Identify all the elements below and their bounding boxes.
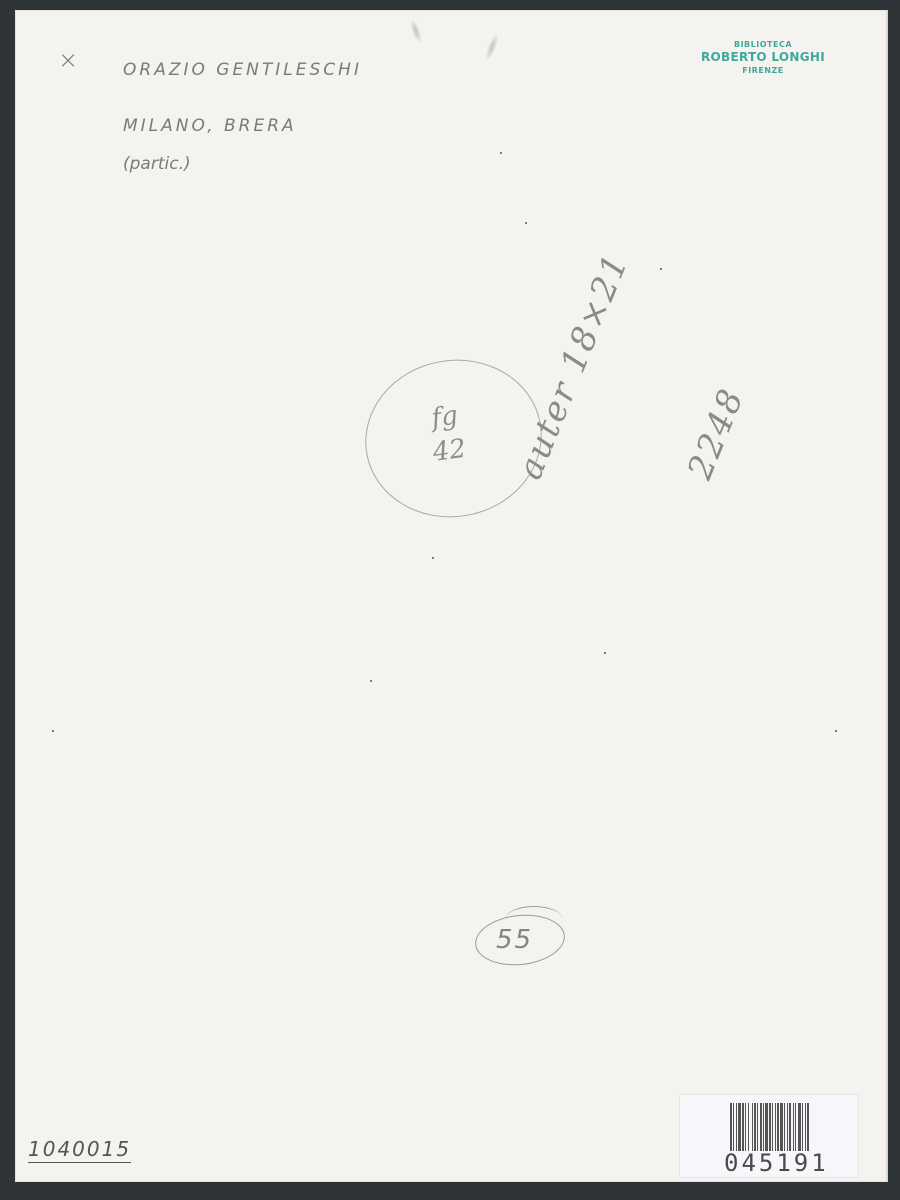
speck <box>525 222 527 224</box>
location-annotation: MILANO, BRERA <box>123 116 297 136</box>
speck <box>604 652 606 654</box>
library-stamp: BIBLIOTECA ROBERTO LONGHI FIRENZE <box>688 40 838 75</box>
speck <box>835 730 837 732</box>
speck <box>500 152 502 154</box>
speck <box>432 557 434 559</box>
speck <box>660 268 662 270</box>
artist-annotation: ORAZIO GENTILESCHI <box>123 60 362 80</box>
circled-note: fg 42 <box>408 395 487 472</box>
detail-annotation: (partic.) <box>123 154 191 174</box>
inventory-number: 1040015 <box>28 1137 131 1163</box>
cross-mark: × <box>58 46 81 74</box>
stamp-line-3: FIRENZE <box>688 66 838 75</box>
barcode-bar <box>809 1103 810 1151</box>
barcode-number: 045191 <box>724 1149 829 1177</box>
speck <box>52 730 54 732</box>
barcode-label: 045191 <box>680 1095 858 1177</box>
oval-number: 55 <box>496 925 533 955</box>
stamp-line-2: ROBERTO LONGHI <box>688 50 838 64</box>
barcode <box>730 1103 852 1151</box>
photo-verso-card: × ORAZIO GENTILESCHI MILANO, BRERA (part… <box>15 10 888 1182</box>
speck <box>370 680 372 682</box>
stamp-line-1: BIBLIOTECA <box>688 40 838 49</box>
